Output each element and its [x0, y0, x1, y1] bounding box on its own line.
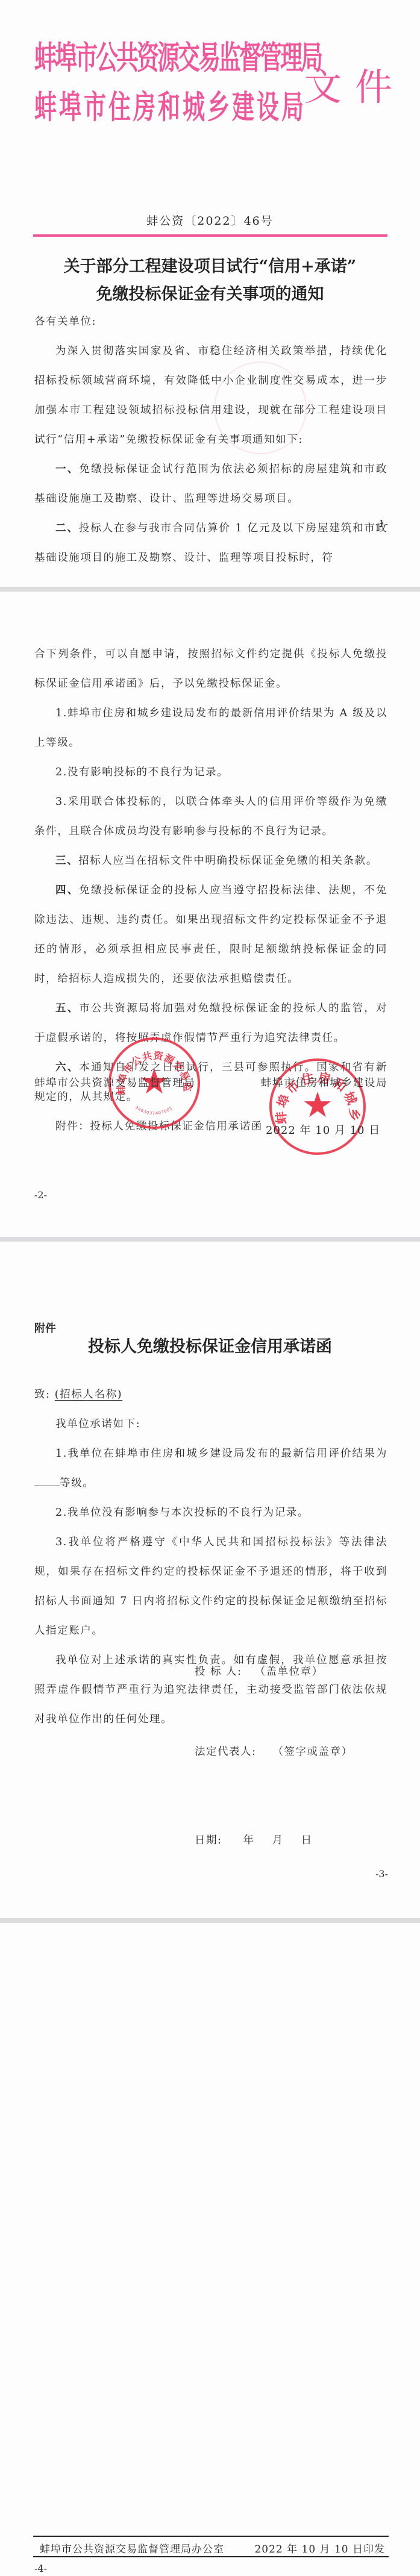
item-2-start: 二、投标人在参与我市合同估算价 1 亿元及以下房屋建筑和市政基础设施项目的施工及… [34, 514, 387, 573]
salutation: 各有关单位: [34, 307, 387, 337]
item-2-text-part-1: 投标人在参与我市合同估算价 1 亿元及以下房屋建筑和市政基础设施项目的施工及勘察… [34, 522, 387, 564]
condition-3: 3.采用联合体投标的，以联合体牵头人的信用评价等级作为免缴条件，且联合体成员均没… [34, 787, 387, 846]
item-3-head: 三、 [55, 855, 78, 867]
grade-blank [34, 1475, 60, 1486]
date-line: 日期: 年 月 日 [195, 1832, 313, 1847]
page-1: 蚌埠市公共资源交易监督管理局 蚌埠市住房和城乡建设局 文件 蚌公资〔2022〕4… [0, 0, 420, 587]
date-year: 年 [243, 1834, 254, 1846]
item-2-text-part-2: 合下列条件，可以自愿申请，按照招标文件约定提供《投标人免缴投标保证金信用承诺函》… [34, 640, 387, 699]
page-separator [0, 1237, 420, 1242]
page-number-3: -3- [375, 1868, 388, 1880]
page-4: 蚌埠市公共资源交易监督管理局办公室 2022 年 10 月 10 日印发 -4- [0, 1923, 420, 2576]
signatory-left: 蚌埠市公共资源交易监督管理局 [34, 1077, 195, 1089]
date-day: 日 [301, 1834, 313, 1846]
item-1-text: 免缴投标保证金试行范围为依法必须招标的房屋建筑和市政基础设施施工及勘察、设计、监… [34, 463, 387, 505]
commit-2: 2.我单位没有影响参与本次投标的不良行为记录。 [34, 1498, 387, 1528]
item-4-text: 免缴投标保证金的投标人应当遵守招投标法律、法规，不免除违法、违规、违约责任。如果… [34, 884, 387, 985]
commit-1-text: 1.我单位在蚌埠市住房和城乡建设局发布的最新信用评价结果为 [55, 1448, 387, 1460]
footer-rule-top [33, 2536, 389, 2537]
commit-3: 3.我单位将严格遵守《中华人民共和国招标投标法》等法律法规，如果存在招标文件约定… [34, 1528, 387, 1646]
page-2: 合下列条件，可以自愿申请，按照招标文件约定提供《投标人免缴投标保证金信用承诺函》… [0, 592, 420, 1237]
representative-label: 法定代表人: [195, 1746, 256, 1758]
item-2-head: 二、 [55, 522, 79, 534]
doc-number: 蚌公资〔2022〕46号 [0, 212, 420, 228]
signatories: 蚌埠市公共资源交易监督管理局 蚌埠市住房和城乡建设局 [34, 1069, 387, 1098]
item-1: 一、免缴投标保证金试行范围为依法必须招标的房屋建筑和市政基础设施施工及勘察、设计… [34, 455, 387, 514]
bidder-signature-line: 投 标 人: （盖单位章） [195, 1663, 324, 1678]
bidder-label: 投 标 人: [195, 1666, 242, 1678]
svg-text:3403031407001: 3403031407001 [134, 1105, 174, 1116]
page-number-4: -4- [34, 2563, 47, 2574]
representative-hint: （签字或盖章） [272, 1746, 353, 1758]
condition-2: 2.没有影响投标的不良行为记录。 [34, 758, 387, 787]
condition-1: 1.蚌埠市住房和城乡建设局发布的最新信用评价结果为 A 级及以上等级。 [34, 699, 387, 758]
footer-rule-bottom [33, 2556, 389, 2557]
page-1-body: 各有关单位: 为深入贯彻落实国家及省、市稳住经济相关政策举措，持续优化招标投标领… [34, 307, 387, 573]
bidder-hint: （盖单位章） [255, 1666, 324, 1678]
item-5: 五、市公共资源局将加强对免缴投标保证金的投标人的监管，对于虚假承诺的，将按照弄虚… [34, 994, 387, 1053]
page-number-2: -2- [34, 1189, 47, 1201]
red-header-rule [33, 234, 387, 237]
item-1-head: 一、 [55, 463, 79, 475]
notice-title-line-2: 免缴投标保证金有关事项的通知 [0, 281, 420, 308]
print-date: 2022 年 10 月 10 日印发 [254, 2540, 385, 2556]
to-label: 致: [34, 1389, 51, 1401]
item-5-head: 五、 [55, 1002, 79, 1014]
intro-paragraph: 为深入贯彻落实国家及省、市稳住经济相关政策举措，持续优化招标投标领域营商环境，有… [34, 337, 387, 455]
date-month: 月 [272, 1834, 284, 1846]
page-separator [0, 587, 420, 592]
to-value: (招标人名称) [55, 1389, 122, 1401]
page-3: 附件 投标人免缴投标保证金信用承诺函 致: (招标人名称) 我单位承诺如下: 1… [0, 1242, 420, 1918]
commit-1: 1.我单位在蚌埠市住房和城乡建设局发布的最新信用评价结果为等级。 [34, 1439, 387, 1498]
item-4-head: 四、 [55, 884, 79, 896]
page-number-1: -1- [375, 518, 388, 530]
issuing-office: 蚌埠市公共资源交易监督管理局办公室 [40, 2540, 224, 2556]
letter-body: 致: (招标人名称) 我单位承诺如下: 1.我单位在蚌埠市住房和城乡建设局发布的… [34, 1380, 387, 1734]
item-4: 四、免缴投标保证金的投标人应当遵守招投标法律、法规，不免除违法、违规、违约责任。… [34, 876, 387, 994]
header-doc-type: 文件 [304, 66, 406, 108]
issue-date: 2022 年 10 月 10 日 [266, 1122, 380, 1137]
item-3-text: 招标人应当在招标文件中明确投标保证金免缴的相关条款。 [78, 855, 378, 867]
commit-1-suffix: 等级。 [60, 1477, 94, 1489]
notice-title-line-1: 关于部分工程建设项目试行“信用+承诺” [0, 253, 420, 281]
date-label: 日期: [195, 1834, 222, 1846]
representative-signature-line: 法定代表人: （签字或盖章） [195, 1743, 353, 1758]
header-org-line-2: 蚌埠市住房和城乡建设局 [34, 89, 306, 126]
signatory-right: 蚌埠市住房和城乡建设局 [261, 1069, 387, 1098]
page-separator [0, 1918, 420, 1923]
letter-title: 投标人免缴投标保证金信用承诺函 [0, 1333, 420, 1361]
item-5-text: 市公共资源局将加强对免缴投标保证金的投标人的监管，对于虚假承诺的，将按照弄虚作假… [34, 1002, 387, 1044]
item-3: 三、招标人应当在招标文件中明确投标保证金免缴的相关条款。 [34, 846, 387, 876]
closing-statement: 我单位对上述承诺的真实性负责。如有虚假，我单位愿意承担按照弄虚作假情节严重行为追… [34, 1646, 387, 1734]
commit-intro: 我单位承诺如下: [34, 1410, 387, 1439]
addressee: 致: (招标人名称) [34, 1380, 387, 1410]
header-org-line-1: 蚌埠市公共资源交易监督管理局 [34, 40, 321, 77]
